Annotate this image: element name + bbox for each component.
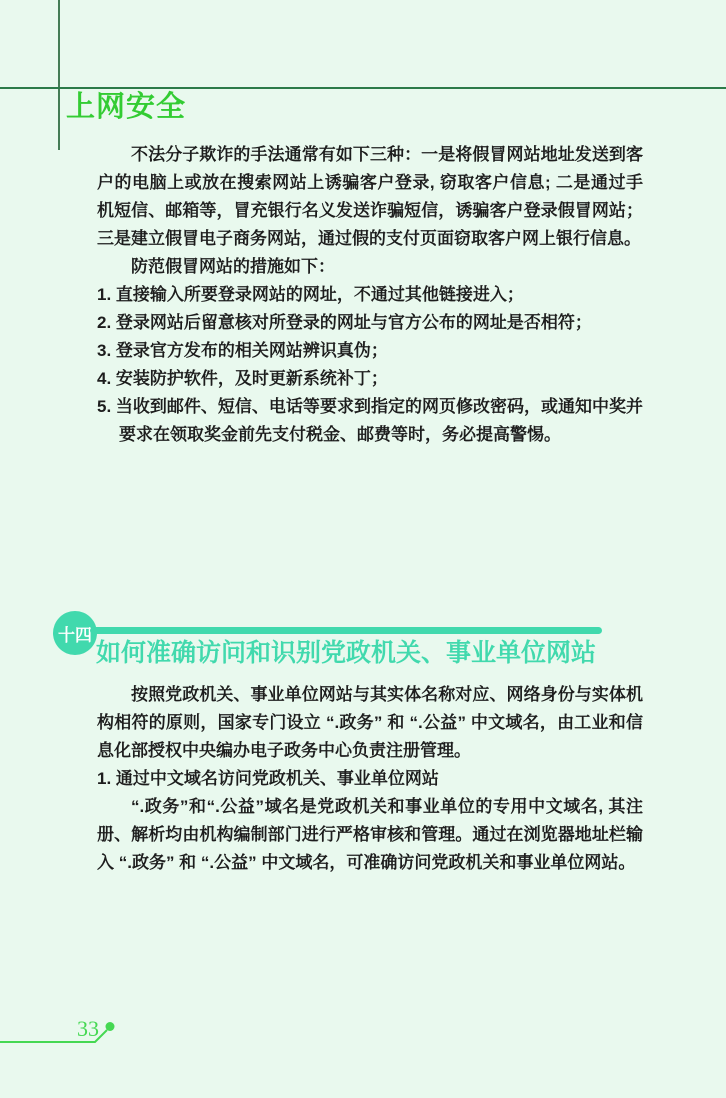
section-heading: 如何准确访问和识别党政机关、事业单位网站 [96, 638, 596, 668]
top-horizontal-rule [0, 87, 726, 89]
footer-dot [106, 1022, 115, 1031]
page-number: 33 [77, 1016, 99, 1041]
page-title: 上网安全 [66, 90, 186, 124]
measure-item-4: 4. 安装防护软件，及时更新系统补丁； [97, 365, 643, 393]
section-number-label: 十四 [58, 621, 92, 646]
measure-item-1: 1. 直接输入所要登录网站的网址，不通过其他链接进入； [97, 281, 643, 309]
section14-paragraph-2: “.政务”和“.公益”域名是党政机关和事业单位的专用中文域名, 其注册、解析均由… [97, 793, 643, 877]
intro-paragraph-2: 防范假冒网站的措施如下： [97, 253, 643, 281]
measure-item-5: 5. 当收到邮件、短信、电话等要求到指定的网页修改密码，或通知中奖并要求在领取奖… [97, 393, 643, 449]
top-vertical-rule [58, 0, 60, 150]
section14-paragraph-1: 按照党政机关、事业单位网站与其实体名称对应、网络身份与实体机构相符的原则，国家专… [97, 681, 643, 765]
page-footer-ornament: 33 [0, 1005, 140, 1060]
section14-subheading: 1. 通过中文域名访问党政机关、事业单位网站 [97, 765, 643, 793]
intro-paragraph-1: 不法分子欺诈的手法通常有如下三种：一是将假冒网站地址发送到客户的电脑上或放在搜索… [97, 141, 643, 253]
booklet-page: 上网安全 不法分子欺诈的手法通常有如下三种：一是将假冒网站地址发送到客户的电脑上… [0, 0, 726, 1098]
measure-item-2: 2. 登录网站后留意核对所登录的网址与官方公布的网址是否相符； [97, 309, 643, 337]
intro-section: 不法分子欺诈的手法通常有如下三种：一是将假冒网站地址发送到客户的电脑上或放在搜索… [97, 141, 643, 449]
section-divider-rule [90, 627, 602, 634]
measure-item-3: 3. 登录官方发布的相关网站辨识真伪； [97, 337, 643, 365]
section14-body: 按照党政机关、事业单位网站与其实体名称对应、网络身份与实体机构相符的原则，国家专… [97, 681, 643, 877]
